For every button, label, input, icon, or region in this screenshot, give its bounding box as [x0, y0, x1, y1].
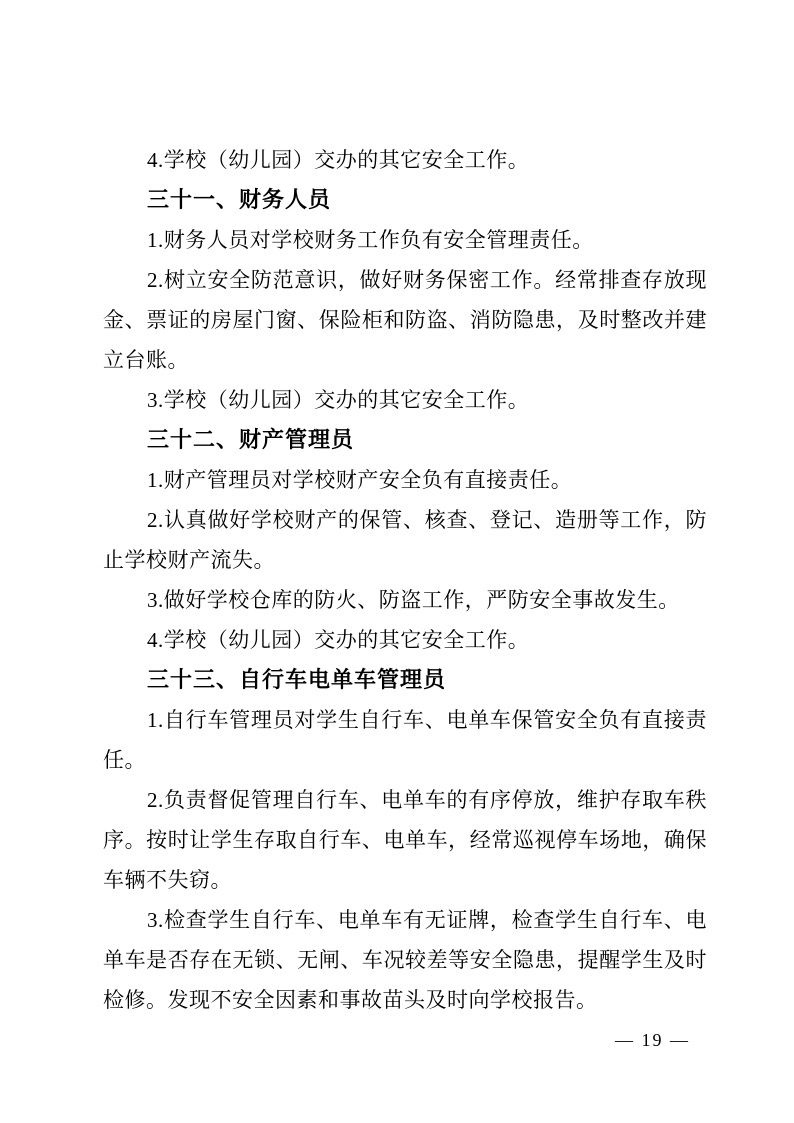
paragraph: 1.财产管理员对学校财产安全负有直接责任。 — [103, 460, 707, 500]
page-number: — 19 — — [615, 1028, 690, 1052]
paragraph: 1.财务人员对学校财务工作负有安全管理责任。 — [103, 220, 707, 260]
paragraph: 4.学校（幼儿园）交办的其它安全工作。 — [103, 620, 707, 660]
section-heading: 三十一、财务人员 — [103, 180, 707, 220]
paragraph: 2.认真做好学校财产的保管、核查、登记、造册等工作，防止学校财产流失。 — [103, 500, 707, 580]
paragraph: 3.学校（幼儿园）交办的其它安全工作。 — [103, 380, 707, 420]
section-heading: 三十二、财产管理员 — [103, 420, 707, 460]
paragraph: 2.树立安全防范意识，做好财务保密工作。经常排查存放现金、票证的房屋门窗、保险柜… — [103, 260, 707, 380]
paragraph: 3.做好学校仓库的防火、防盗工作，严防安全事故发生。 — [103, 580, 707, 620]
paragraph: 1.自行车管理员对学生自行车、电单车保管安全负有直接责任。 — [103, 700, 707, 780]
document-body: 4.学校（幼儿园）交办的其它安全工作。 三十一、财务人员 1.财务人员对学校财务… — [103, 140, 707, 1020]
paragraph: 4.学校（幼儿园）交办的其它安全工作。 — [103, 140, 707, 180]
paragraph: 2.负责督促管理自行车、电单车的有序停放，维护存取车秩序。按时让学生存取自行车、… — [103, 780, 707, 900]
document-page: 4.学校（幼儿园）交办的其它安全工作。 三十一、财务人员 1.财务人员对学校财务… — [0, 0, 794, 1123]
paragraph: 3.检查学生自行车、电单车有无证牌，检查学生自行车、电单车是否存在无锁、无闸、车… — [103, 900, 707, 1020]
section-heading: 三十三、自行车电单车管理员 — [103, 660, 707, 700]
